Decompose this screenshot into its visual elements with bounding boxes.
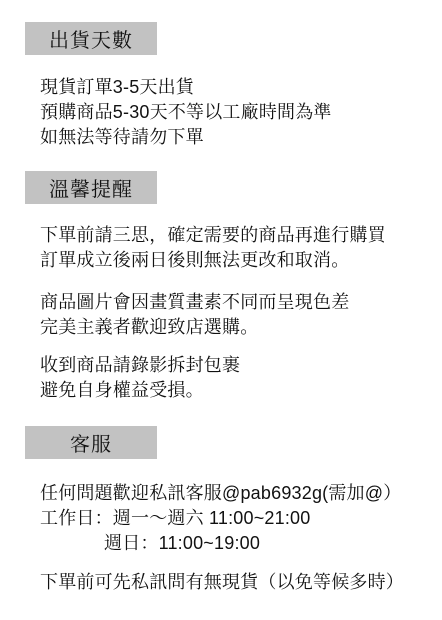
shipping-line-warning: 如無法等待請勿下單 (40, 125, 432, 150)
reminder-color-difference-line: 商品圖片會因畫質畫素不同而呈現色差 (40, 290, 432, 315)
reminder-perfectionist-line: 完美主義者歡迎致店選購。 (40, 315, 432, 340)
reminder-no-cancel-line: 訂單成立後兩日後則無法更改和取消。 (40, 248, 432, 273)
customer-service-header-label: 客服 (70, 428, 112, 457)
customer-service-paragraph: 任何問題歡迎私訊客服@pab6932g(需加@） 工作日：週一～週六 11:00… (40, 481, 432, 556)
shipping-line-instock: 現貨訂單3-5天出貨 (40, 75, 432, 100)
shipping-days-header-chip: 出貨天數 (25, 22, 157, 55)
reminder-color-paragraph: 商品圖片會因畫質畫素不同而呈現色差 完美主義者歡迎致店選購。 (40, 290, 432, 340)
store-notice-page: 出貨天數 現貨訂單3-5天出貨 預購商品5-30天不等以工廠時間為準 如無法等待… (0, 0, 442, 620)
service-sunday-hours-line: 週日：11:00~19:00 (40, 531, 432, 556)
reminder-record-video-line: 收到商品請錄影拆封包裹 (40, 353, 432, 378)
service-weekday-hours-line: 工作日：週一～週六 11:00~21:00 (40, 506, 432, 531)
shipping-days-paragraph: 現貨訂單3-5天出貨 預購商品5-30天不等以工廠時間為準 如無法等待請勿下單 (40, 75, 432, 150)
shipping-days-header-label: 出貨天數 (49, 24, 133, 53)
service-contact-line: 任何問題歡迎私訊客服@pab6932g(需加@） (40, 481, 432, 506)
reminder-order-paragraph: 下單前請三思，確定需要的商品再進行購買 訂單成立後兩日後則無法更改和取消。 (40, 223, 432, 273)
stock-inquiry-line: 下單前可先私訊問有無現貨（以免等候多時） (40, 570, 432, 595)
reminder-header-chip: 溫馨提醒 (25, 171, 157, 204)
reminder-unboxing-paragraph: 收到商品請錄影拆封包裹 避免自身權益受損。 (40, 353, 432, 403)
reminder-header-label: 溫馨提醒 (49, 173, 133, 202)
reminder-think-twice-line: 下單前請三思，確定需要的商品再進行購買 (40, 223, 432, 248)
customer-service-header-chip: 客服 (25, 426, 157, 459)
shipping-line-preorder: 預購商品5-30天不等以工廠時間為準 (40, 100, 432, 125)
reminder-protect-rights-line: 避免自身權益受損。 (40, 378, 432, 403)
stock-inquiry-paragraph: 下單前可先私訊問有無現貨（以免等候多時） (40, 570, 432, 595)
